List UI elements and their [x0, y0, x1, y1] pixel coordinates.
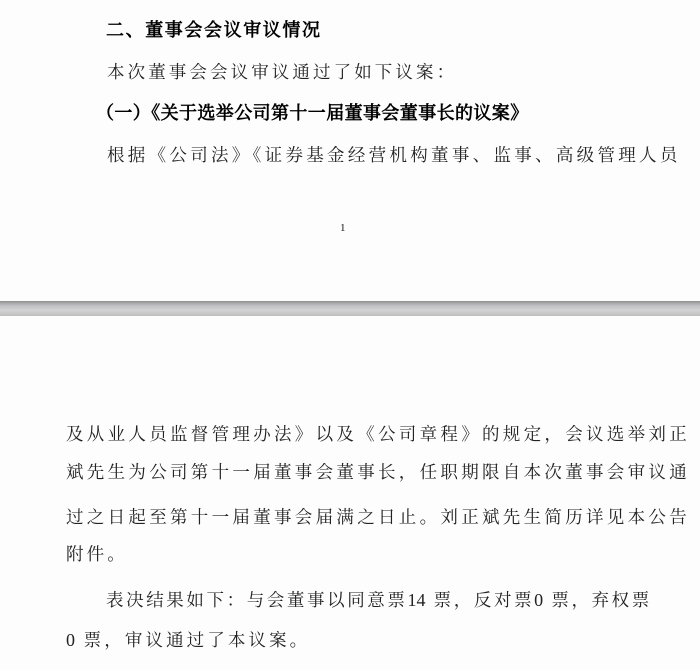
vote-against-count: 0	[534, 590, 543, 610]
vote-mid-2: 票，弃权票	[551, 591, 652, 611]
motion-title: （一）《关于选举公司第十一届董事会董事长的议案》	[96, 103, 529, 125]
intro-paragraph: 本次董事会会议审议通过了如下议案：	[107, 62, 457, 84]
vote-result-line: 表决结果如下：与会董事以同意票14 票，反对票0 票，弃权票	[106, 589, 652, 612]
vote-mid-1: 票，反对票	[434, 591, 535, 611]
body-line: 斌先生为公司第十一届董事会董事长，任职期限自本次董事会审议通	[66, 462, 690, 484]
vote-suffix: 票，审议通过了本议案。	[84, 631, 311, 651]
body-line: 及从业人员监督管理办法》以及《公司章程》的规定，会议选举刘正	[66, 424, 690, 446]
body-line: 根据《公司法》《证券基金经营机构董事、监事、高级管理人员	[107, 145, 681, 167]
vote-for-count: 14	[408, 590, 426, 610]
page-number: 1	[340, 222, 346, 234]
section-heading: 二、董事会会议审议情况	[106, 20, 322, 42]
document-page-1: 二、董事会会议审议情况 本次董事会会议审议通过了如下议案： （一）《关于选举公司…	[0, 0, 700, 301]
body-line: 过之日起至第十一届董事会届满之日止。刘正斌先生简历详见本公告	[66, 507, 690, 529]
body-line: 附件。	[66, 544, 128, 566]
document-page-2: 及从业人员监督管理办法》以及《公司章程》的规定，会议选举刘正 斌先生为公司第十一…	[0, 316, 700, 670]
vote-prefix: 表决结果如下：与会董事以同意票	[106, 591, 408, 611]
vote-abstain-count: 0	[66, 630, 75, 650]
vote-result-line-2: 0 票，审议通过了本议案。	[66, 629, 310, 652]
page-separator	[0, 301, 700, 316]
